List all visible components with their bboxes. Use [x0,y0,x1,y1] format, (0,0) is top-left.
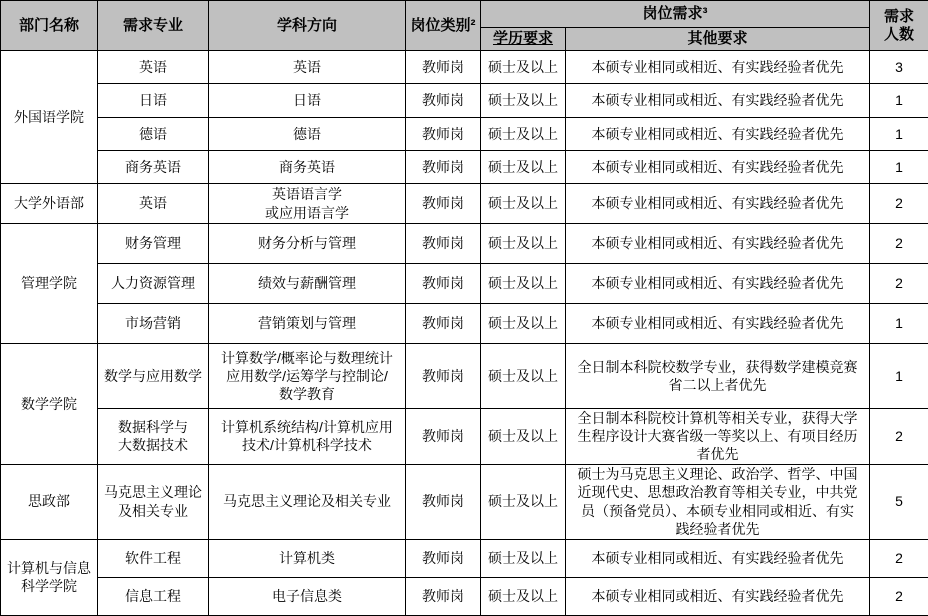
header-other: 其他要求 [566,28,870,51]
major-cell: 软件工程 [98,539,209,577]
category-cell: 教师岗 [406,264,481,304]
dept-cell: 计算机与信息 科学学院 [1,539,98,615]
count-cell: 2 [870,264,928,304]
table-row: 大学外语部英语英语语言学 或应用语言学教师岗硕士及以上本硕专业相同或相近、有实践… [1,184,928,224]
direction-cell: 商务英语 [209,151,406,184]
direction-cell: 计算机类 [209,539,406,577]
count-cell: 5 [870,464,928,539]
other-cell: 本硕专业相同或相近、有实践经验者优先 [566,84,870,118]
category-cell: 教师岗 [406,409,481,465]
count-cell: 2 [870,577,928,615]
table-row: 数据科学与 大数据技术计算机系统结构/计算机应用 技术/计算机科学技术教师岗硕士… [1,409,928,465]
direction-cell: 日语 [209,84,406,118]
header-major: 需求专业 [98,1,209,51]
other-cell: 全日制本科院校计算机等相关专业，获得大学 生程序设计大赛省级一等奖以上、有项目经… [566,409,870,465]
education-cell: 硕士及以上 [481,84,566,118]
education-cell: 硕士及以上 [481,344,566,409]
header-requirement-group: 岗位需求³ [481,1,870,28]
other-cell: 本硕专业相同或相近、有实践经验者优先 [566,577,870,615]
category-cell: 教师岗 [406,151,481,184]
category-cell: 教师岗 [406,224,481,264]
direction-cell: 计算数学/概率论与数理统计 应用数学/运筹学与控制论/ 数学教育 [209,344,406,409]
table-row: 管理学院财务管理财务分析与管理教师岗硕士及以上本硕专业相同或相近、有实践经验者优… [1,224,928,264]
category-cell: 教师岗 [406,344,481,409]
category-cell: 教师岗 [406,184,481,224]
table-row: 德语德语教师岗硕士及以上本硕专业相同或相近、有实践经验者优先1 [1,118,928,151]
other-cell: 全日制本科院校数学专业，获得数学建模竞赛 省二以上者优先 [566,344,870,409]
category-cell: 教师岗 [406,539,481,577]
major-cell: 德语 [98,118,209,151]
education-cell: 硕士及以上 [481,539,566,577]
major-cell: 英语 [98,51,209,84]
major-cell: 日语 [98,84,209,118]
direction-cell: 绩效与薪酬管理 [209,264,406,304]
count-cell: 2 [870,224,928,264]
dept-cell: 管理学院 [1,224,98,344]
dept-cell: 思政部 [1,464,98,539]
category-cell: 教师岗 [406,464,481,539]
major-cell: 财务管理 [98,224,209,264]
count-cell: 2 [870,409,928,465]
count-cell: 2 [870,184,928,224]
recruitment-table: 部门名称 需求专业 学科方向 岗位类别² 岗位需求³ 需求 人数 学历要求 其他… [0,0,928,616]
category-cell: 教师岗 [406,51,481,84]
header-count: 需求 人数 [870,1,928,51]
other-cell: 本硕专业相同或相近、有实践经验者优先 [566,264,870,304]
count-cell: 1 [870,304,928,344]
education-cell: 硕士及以上 [481,264,566,304]
other-cell: 本硕专业相同或相近、有实践经验者优先 [566,304,870,344]
table-row: 计算机与信息 科学学院软件工程计算机类教师岗硕士及以上本硕专业相同或相近、有实践… [1,539,928,577]
education-cell: 硕士及以上 [481,151,566,184]
education-cell: 硕士及以上 [481,304,566,344]
direction-cell: 马克思主义理论及相关专业 [209,464,406,539]
table-row: 外国语学院英语英语教师岗硕士及以上本硕专业相同或相近、有实践经验者优先3 [1,51,928,84]
other-cell: 本硕专业相同或相近、有实践经验者优先 [566,184,870,224]
direction-cell: 英语语言学 或应用语言学 [209,184,406,224]
category-cell: 教师岗 [406,304,481,344]
header-row-1: 部门名称 需求专业 学科方向 岗位类别² 岗位需求³ 需求 人数 [1,1,928,28]
education-cell: 硕士及以上 [481,51,566,84]
recruitment-table-page: 部门名称 需求专业 学科方向 岗位类别² 岗位需求³ 需求 人数 学历要求 其他… [0,0,928,616]
dept-cell: 大学外语部 [1,184,98,224]
table-header: 部门名称 需求专业 学科方向 岗位类别² 岗位需求³ 需求 人数 学历要求 其他… [1,1,928,51]
table-body: 外国语学院英语英语教师岗硕士及以上本硕专业相同或相近、有实践经验者优先3日语日语… [1,51,928,616]
count-cell: 1 [870,118,928,151]
count-cell: 1 [870,344,928,409]
education-cell: 硕士及以上 [481,118,566,151]
education-cell: 硕士及以上 [481,577,566,615]
major-cell: 信息工程 [98,577,209,615]
major-cell: 英语 [98,184,209,224]
education-cell: 硕士及以上 [481,409,566,465]
header-education: 学历要求 [481,28,566,51]
direction-cell: 德语 [209,118,406,151]
table-row: 思政部马克思主义理论 及相关专业马克思主义理论及相关专业教师岗硕士及以上硕士为马… [1,464,928,539]
major-cell: 市场营销 [98,304,209,344]
major-cell: 数据科学与 大数据技术 [98,409,209,465]
header-category: 岗位类别² [406,1,481,51]
other-cell: 本硕专业相同或相近、有实践经验者优先 [566,224,870,264]
other-cell: 本硕专业相同或相近、有实践经验者优先 [566,151,870,184]
table-row: 人力资源管理绩效与薪酬管理教师岗硕士及以上本硕专业相同或相近、有实践经验者优先2 [1,264,928,304]
education-cell: 硕士及以上 [481,464,566,539]
table-row: 市场营销营销策划与管理教师岗硕士及以上本硕专业相同或相近、有实践经验者优先1 [1,304,928,344]
count-cell: 3 [870,51,928,84]
category-cell: 教师岗 [406,118,481,151]
table-row: 日语日语教师岗硕士及以上本硕专业相同或相近、有实践经验者优先1 [1,84,928,118]
header-dept: 部门名称 [1,1,98,51]
direction-cell: 计算机系统结构/计算机应用 技术/计算机科学技术 [209,409,406,465]
header-direction: 学科方向 [209,1,406,51]
dept-cell: 外国语学院 [1,51,98,184]
major-cell: 人力资源管理 [98,264,209,304]
direction-cell: 财务分析与管理 [209,224,406,264]
direction-cell: 电子信息类 [209,577,406,615]
table-row: 数学学院数学与应用数学计算数学/概率论与数理统计 应用数学/运筹学与控制论/ 数… [1,344,928,409]
count-cell: 1 [870,151,928,184]
other-cell: 本硕专业相同或相近、有实践经验者优先 [566,118,870,151]
major-cell: 数学与应用数学 [98,344,209,409]
count-cell: 2 [870,539,928,577]
education-cell: 硕士及以上 [481,224,566,264]
count-cell: 1 [870,84,928,118]
other-cell: 本硕专业相同或相近、有实践经验者优先 [566,539,870,577]
table-row: 商务英语商务英语教师岗硕士及以上本硕专业相同或相近、有实践经验者优先1 [1,151,928,184]
dept-cell: 数学学院 [1,344,98,465]
other-cell: 本硕专业相同或相近、有实践经验者优先 [566,51,870,84]
category-cell: 教师岗 [406,84,481,118]
education-cell: 硕士及以上 [481,184,566,224]
major-cell: 马克思主义理论 及相关专业 [98,464,209,539]
category-cell: 教师岗 [406,577,481,615]
table-row: 信息工程电子信息类教师岗硕士及以上本硕专业相同或相近、有实践经验者优先2 [1,577,928,615]
other-cell: 硕士为马克思主义理论、政治学、哲学、中国 近现代史、思想政治教育等相关专业，中共… [566,464,870,539]
major-cell: 商务英语 [98,151,209,184]
direction-cell: 营销策划与管理 [209,304,406,344]
direction-cell: 英语 [209,51,406,84]
